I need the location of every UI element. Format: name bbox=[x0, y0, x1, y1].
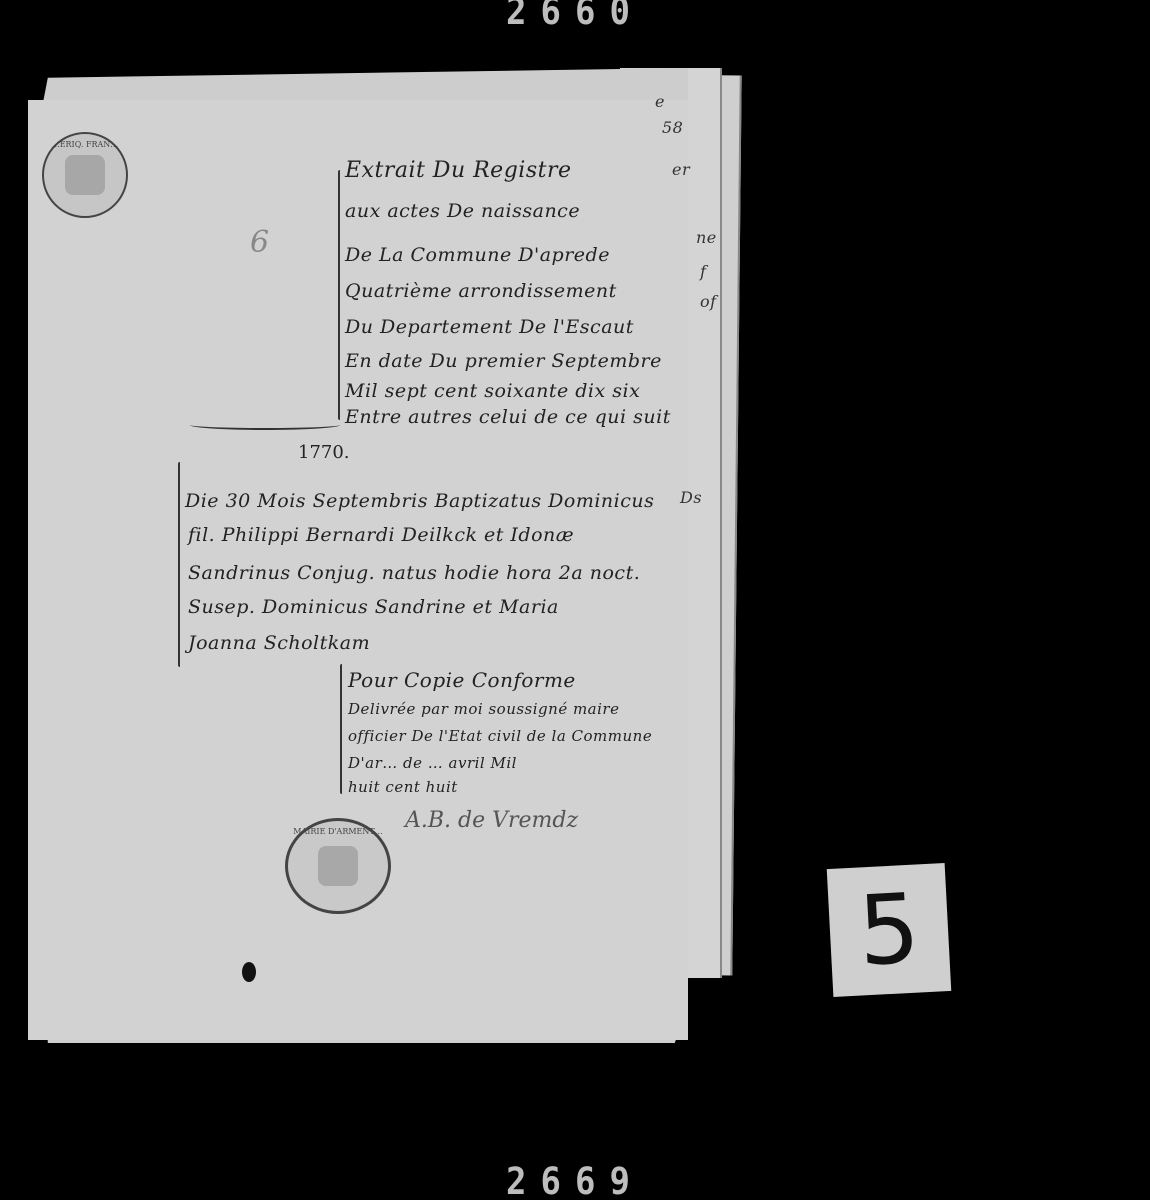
margin-note: er bbox=[672, 160, 690, 179]
heading-brace bbox=[338, 170, 340, 420]
tax-stamp-label: …ERIQ. FRAN… bbox=[44, 140, 126, 149]
margin-note: e bbox=[655, 92, 665, 111]
heading-line: Mil sept cent soixante dix six bbox=[345, 380, 640, 402]
entry-line: Joanna Scholtkam bbox=[188, 632, 370, 654]
mairie-stamp-label: MAIRIE D'ARMENT… bbox=[288, 827, 388, 836]
heading-line: Du Departement De l'Escaut bbox=[345, 316, 634, 338]
entry-line: Susep. Dominicus Sandrine et Maria bbox=[188, 596, 559, 618]
separator-line bbox=[190, 420, 340, 430]
sheet-number-card: 5 bbox=[827, 863, 952, 997]
entry-line: fil. Philippi Bernardi Deilkck et Idonæ bbox=[188, 524, 574, 546]
heading-line: En date Du premier Septembre bbox=[345, 350, 662, 372]
emblem-icon bbox=[318, 846, 358, 886]
folio-mark: 6 bbox=[250, 225, 269, 260]
heading-line: Quatrième arrondissement bbox=[345, 280, 617, 302]
certification-line: Delivrée par moi soussigné maire bbox=[348, 700, 619, 718]
entry-brace bbox=[178, 462, 180, 667]
entry-line: Die 30 Mois Septembris Baptizatus Domini… bbox=[185, 490, 654, 512]
heading-line: Entre autres celui de ce qui suit bbox=[345, 406, 671, 428]
mairie-stamp: MAIRIE D'ARMENT… bbox=[285, 818, 391, 914]
frame-number-bottom: 2669 bbox=[0, 1160, 1150, 1200]
tax-stamp: …ERIQ. FRAN… bbox=[42, 132, 128, 218]
heading-line: aux actes De naissance bbox=[345, 200, 580, 222]
margin-note: ne bbox=[696, 228, 717, 247]
certification-line: Pour Copie Conforme bbox=[348, 668, 576, 692]
certification-line: huit cent huit bbox=[348, 778, 458, 796]
ink-spot bbox=[242, 962, 256, 982]
heading-line: De La Commune D'aprede bbox=[345, 244, 610, 266]
certification-brace bbox=[340, 664, 342, 794]
margin-note: 58 bbox=[662, 118, 683, 137]
seated-figure-icon bbox=[65, 155, 105, 195]
frame-number-top: 2660 bbox=[0, 0, 1150, 34]
entry-line: Sandrinus Conjug. natus hodie hora 2a no… bbox=[188, 562, 640, 584]
signature: A.B. de Vremdz bbox=[405, 808, 578, 833]
certification-line: officier De l'Etat civil de la Commune bbox=[348, 727, 652, 745]
heading-line: Extrait Du Registre bbox=[345, 158, 571, 183]
margin-note: of bbox=[700, 292, 717, 311]
margin-note: f bbox=[700, 262, 706, 281]
margin-note: Ds bbox=[680, 488, 702, 507]
certification-line: D'ar… de … avril Mil bbox=[348, 754, 517, 772]
entry-year: 1770. bbox=[298, 442, 350, 463]
